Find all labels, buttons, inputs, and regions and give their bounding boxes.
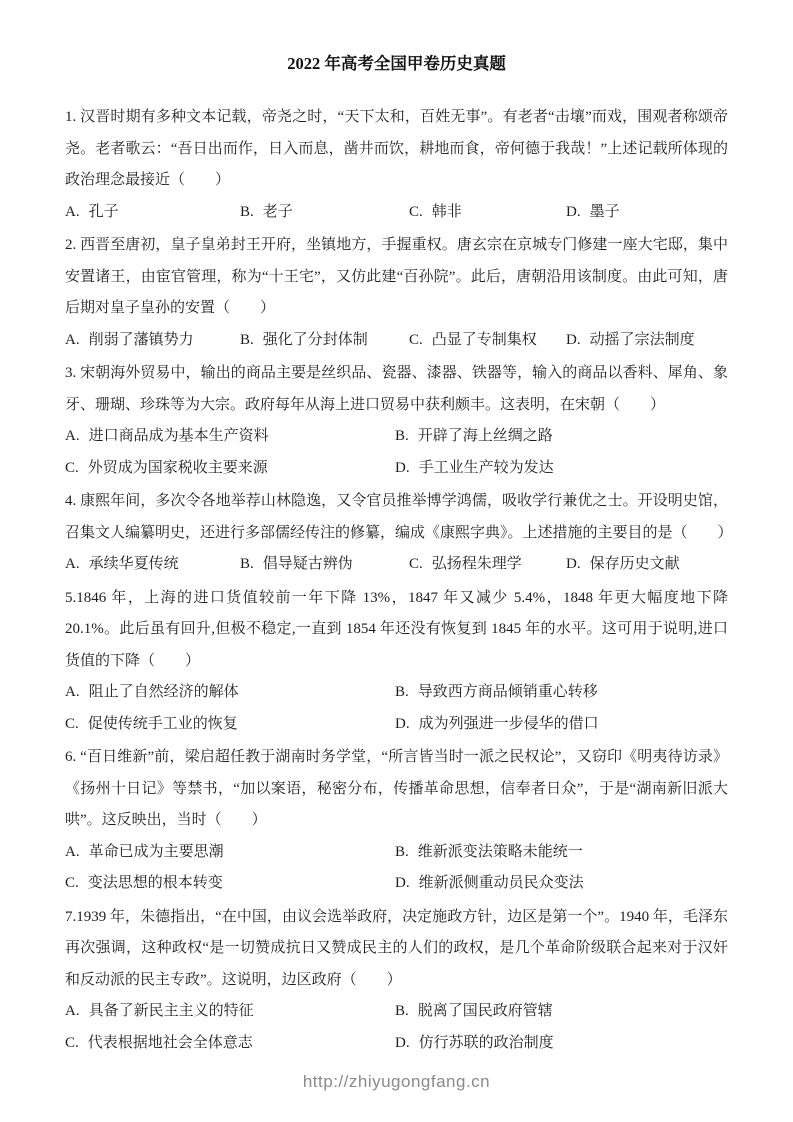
page-title: 2022 年高考全国甲卷历史真题: [65, 52, 728, 76]
option-row: A.革命已成为主要思潮B.维新派变法策略未能统一C.变法思想的根本转变D.维新派…: [65, 837, 728, 900]
option-text: 强化了分封体制: [263, 332, 368, 348]
option-text: 保存历史文献: [590, 556, 680, 572]
option-text: 阻止了自然经济的解体: [89, 684, 239, 700]
option-label: D.: [395, 875, 410, 891]
option-label: C.: [65, 1035, 79, 1051]
question-block: 5.1846 年，上海的进口货值较前一年下降 13%，1847 年又减少 5.4…: [65, 583, 728, 741]
option-c: C.韩非: [409, 197, 566, 229]
option-label: C.: [65, 875, 79, 891]
option-d: D.维新派侧重动员民众变法: [395, 868, 728, 900]
option-d: D.成为列强进一步侵华的借口: [395, 709, 728, 741]
question-block: 3. 宋朝海外贸易中，输出的商品主要是丝织品、瓷器、漆器、铁器等，输入的商品以香…: [65, 358, 728, 484]
question-block: 2. 西晋至唐初，皇子皇弟封王开府，坐镇地方，手握重权。唐玄宗在京城专门修建一座…: [65, 230, 728, 356]
option-row: A.进口商品成为基本生产资料B.开辟了海上丝绸之路C.外贸成为国家税收主要来源D…: [65, 421, 728, 484]
option-label: A.: [65, 844, 80, 860]
question-stem: 7.1939 年，朱德指出，“在中国，由议会选举政府，决定施政方针，边区是第一个…: [65, 902, 728, 997]
option-text: 孔子: [89, 204, 119, 220]
option-label: C.: [409, 332, 423, 348]
question-stem: 1. 汉晋时期有多种文本记载，帝尧之时，“天下太和，百姓无事”。有老者“击壤”而…: [65, 102, 728, 197]
question-stem: 4. 康熙年间，多次令各地举荐山林隐逸，又令官员推举博学鸿儒，吸收学行兼优之士。…: [65, 486, 728, 549]
option-text: 代表根据地社会全体意志: [88, 1035, 253, 1051]
option-a: A.革命已成为主要思潮: [65, 837, 395, 869]
option-label: B.: [395, 1003, 409, 1019]
question-list: 1. 汉晋时期有多种文本记载，帝尧之时，“天下太和，百姓无事”。有老者“击壤”而…: [65, 102, 728, 1059]
option-label: D.: [566, 556, 581, 572]
option-label: A.: [65, 556, 80, 572]
option-label: B.: [395, 844, 409, 860]
option-text: 承续华夏传统: [89, 556, 179, 572]
option-c: C.促使传统手工业的恢复: [65, 709, 395, 741]
option-text: 倡导疑古辨伪: [263, 556, 353, 572]
option-text: 韩非: [432, 204, 462, 220]
option-text: 削弱了藩镇势力: [89, 332, 194, 348]
option-d: D.保存历史文献: [566, 549, 728, 581]
option-label: B.: [395, 428, 409, 444]
question-stem: 3. 宋朝海外贸易中，输出的商品主要是丝织品、瓷器、漆器、铁器等，输入的商品以香…: [65, 358, 728, 421]
option-b: B.倡导疑古辨伪: [240, 549, 409, 581]
option-d: D.动摇了宗法制度: [566, 325, 728, 357]
option-label: B.: [395, 684, 409, 700]
option-c: C.弘扬程朱理学: [409, 549, 566, 581]
option-text: 仿行苏联的政治制度: [419, 1035, 554, 1051]
option-label: A.: [65, 332, 80, 348]
option-d: D.仿行苏联的政治制度: [395, 1028, 728, 1060]
option-label: A.: [65, 684, 80, 700]
option-b: B.老子: [240, 197, 409, 229]
question-stem: 6. “百日维新”前，梁启超任教于湖南时务学堂，“所言皆当时一派之民权论”，又窃…: [65, 742, 728, 837]
question-block: 1. 汉晋时期有多种文本记载，帝尧之时，“天下太和，百姓无事”。有老者“击壤”而…: [65, 102, 728, 228]
option-a: A.削弱了藩镇势力: [65, 325, 240, 357]
option-label: C.: [65, 460, 79, 476]
option-c: C.变法思想的根本转变: [65, 868, 395, 900]
option-label: A.: [65, 204, 80, 220]
option-text: 手工业生产较为发达: [419, 460, 554, 476]
option-label: A.: [65, 428, 80, 444]
option-text: 变法思想的根本转变: [88, 875, 223, 891]
option-row: A.承续华夏传统B.倡导疑古辨伪C.弘扬程朱理学D.保存历史文献: [65, 549, 728, 581]
option-row: A.具备了新民主主义的特征B.脱离了国民政府管辖C.代表根据地社会全体意志D.仿…: [65, 996, 728, 1059]
option-d: D.墨子: [566, 197, 728, 229]
option-label: D.: [395, 1035, 410, 1051]
option-text: 脱离了国民政府管辖: [418, 1003, 553, 1019]
option-text: 促使传统手工业的恢复: [88, 716, 238, 732]
option-a: A.承续华夏传统: [65, 549, 240, 581]
question-stem: 5.1846 年，上海的进口货值较前一年下降 13%，1847 年又减少 5.4…: [65, 583, 728, 678]
option-c: C.外贸成为国家税收主要来源: [65, 453, 395, 485]
option-label: C.: [65, 716, 79, 732]
option-b: B.开辟了海上丝绸之路: [395, 421, 728, 453]
option-label: B.: [240, 204, 254, 220]
option-label: D.: [566, 332, 581, 348]
option-label: C.: [409, 204, 423, 220]
option-text: 开辟了海上丝绸之路: [418, 428, 553, 444]
option-c: C.凸显了专制集权: [409, 325, 566, 357]
option-text: 墨子: [590, 204, 620, 220]
option-text: 弘扬程朱理学: [432, 556, 522, 572]
option-label: D.: [395, 716, 410, 732]
page-content: 2022 年高考全国甲卷历史真题 1. 汉晋时期有多种文本记载，帝尧之时，“天下…: [0, 0, 793, 1059]
question-block: 7.1939 年，朱德指出，“在中国，由议会选举政府，决定施政方针，边区是第一个…: [65, 902, 728, 1060]
option-label: A.: [65, 1003, 80, 1019]
option-label: D.: [395, 460, 410, 476]
option-text: 动摇了宗法制度: [590, 332, 695, 348]
option-text: 维新派侧重动员民众变法: [419, 875, 584, 891]
option-row: A.阻止了自然经济的解体B.导致西方商品倾销重心转移C.促使传统手工业的恢复D.…: [65, 677, 728, 740]
option-text: 具备了新民主主义的特征: [89, 1003, 254, 1019]
option-b: B.脱离了国民政府管辖: [395, 996, 728, 1028]
option-text: 革命已成为主要思潮: [89, 844, 224, 860]
option-text: 导致西方商品倾销重心转移: [418, 684, 598, 700]
option-b: B.导致西方商品倾销重心转移: [395, 677, 728, 709]
option-a: A.阻止了自然经济的解体: [65, 677, 395, 709]
option-label: B.: [240, 556, 254, 572]
option-a: A.孔子: [65, 197, 240, 229]
option-text: 进口商品成为基本生产资料: [89, 428, 269, 444]
option-b: B.维新派变法策略未能统一: [395, 837, 728, 869]
option-label: D.: [566, 204, 581, 220]
question-block: 4. 康熙年间，多次令各地举荐山林隐逸，又令官员推举博学鸿儒，吸收学行兼优之士。…: [65, 486, 728, 581]
option-text: 维新派变法策略未能统一: [418, 844, 583, 860]
question-block: 6. “百日维新”前，梁启超任教于湖南时务学堂，“所言皆当时一派之民权论”，又窃…: [65, 742, 728, 900]
option-text: 凸显了专制集权: [432, 332, 537, 348]
footer-watermark-url: http://zhiyugongfang.cn: [0, 1072, 793, 1092]
option-text: 外贸成为国家税收主要来源: [88, 460, 268, 476]
option-text: 成为列强进一步侵华的借口: [419, 716, 599, 732]
option-c: C.代表根据地社会全体意志: [65, 1028, 395, 1060]
option-text: 老子: [263, 204, 293, 220]
option-row: A.削弱了藩镇势力B.强化了分封体制C.凸显了专制集权D.动摇了宗法制度: [65, 325, 728, 357]
option-a: A.进口商品成为基本生产资料: [65, 421, 395, 453]
option-label: B.: [240, 332, 254, 348]
option-row: A.孔子B.老子C.韩非D.墨子: [65, 197, 728, 229]
exam-paper-page: 2022 年高考全国甲卷历史真题 1. 汉晋时期有多种文本记载，帝尧之时，“天下…: [0, 0, 793, 1122]
option-a: A.具备了新民主主义的特征: [65, 996, 395, 1028]
option-d: D.手工业生产较为发达: [395, 453, 728, 485]
option-b: B.强化了分封体制: [240, 325, 409, 357]
option-label: C.: [409, 556, 423, 572]
question-stem: 2. 西晋至唐初，皇子皇弟封王开府，坐镇地方，手握重权。唐玄宗在京城专门修建一座…: [65, 230, 728, 325]
